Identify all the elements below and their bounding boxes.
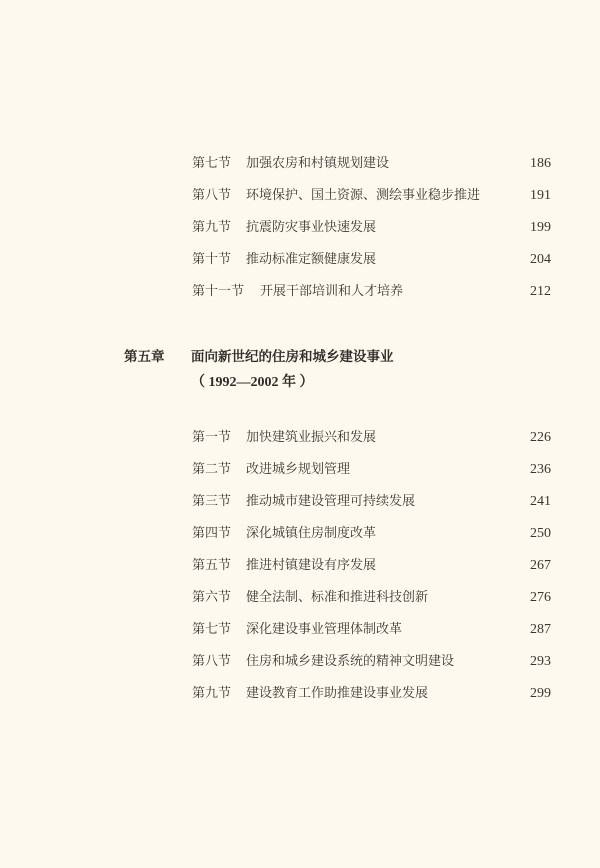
- section-label: 第六节: [192, 587, 231, 609]
- section-title: 加强农房和村镇规划建设: [246, 153, 389, 175]
- section-title: 建设教育工作助推建设事业发展: [246, 683, 428, 705]
- section-label: 第四节: [192, 523, 231, 545]
- chapter-years: （ 1992—2002 年 ）: [191, 372, 314, 394]
- page-number: 212: [530, 281, 551, 303]
- toc-entry[interactable]: 第十节 推动标准定额健康发展 204: [192, 249, 551, 271]
- section-title: 抗震防灾事业快速发展: [246, 217, 376, 239]
- page-number: 287: [530, 619, 551, 641]
- page-number: 186: [530, 153, 551, 175]
- section-label: 第七节: [192, 153, 231, 175]
- page-number: 199: [530, 217, 551, 239]
- section-label: 第九节: [192, 683, 231, 705]
- page-number: 250: [530, 523, 551, 545]
- toc-entry[interactable]: 第一节 加快建筑业振兴和发展 226: [192, 427, 551, 449]
- toc-entry[interactable]: 第九节 抗震防灾事业快速发展 199: [192, 217, 551, 239]
- chapter-label: 第五章: [124, 346, 165, 368]
- page-number: 276: [530, 587, 551, 609]
- toc-entry[interactable]: 第三节 推动城市建设管理可持续发展 241: [192, 491, 551, 513]
- chapter-title: 面向新世纪的住房和城乡建设事业: [191, 346, 394, 368]
- section-label: 第九节: [192, 217, 231, 239]
- toc-entry[interactable]: 第八节 环境保护、国土资源、测绘事业稳步推进 191: [192, 185, 551, 207]
- page-number: 267: [530, 555, 551, 577]
- section-label: 第二节: [192, 459, 231, 481]
- toc-entry[interactable]: 第四节 深化城镇住房制度改革 250: [192, 523, 551, 545]
- section-title: 住房和城乡建设系统的精神文明建设: [246, 651, 454, 673]
- section-title: 改进城乡规划管理: [246, 459, 350, 481]
- toc-entry[interactable]: 第七节 加强农房和村镇规划建设 186: [192, 153, 551, 175]
- page-number: 191: [530, 185, 551, 207]
- section-label: 第七节: [192, 619, 231, 641]
- section-label: 第一节: [192, 427, 231, 449]
- section-title: 推动标准定额健康发展: [246, 249, 376, 271]
- section-title: 环境保护、国土资源、测绘事业稳步推进: [246, 185, 480, 207]
- page-number: 299: [530, 683, 551, 705]
- page-number: 204: [530, 249, 551, 271]
- section-title: 健全法制、标准和推进科技创新: [246, 587, 428, 609]
- section-title: 深化城镇住房制度改革: [246, 523, 376, 545]
- section-label: 第八节: [192, 651, 231, 673]
- section-title: 推进村镇建设有序发展: [246, 555, 376, 577]
- section-title: 推动城市建设管理可持续发展: [246, 491, 415, 513]
- section-label: 第八节: [192, 185, 231, 207]
- page-number: 241: [530, 491, 551, 513]
- toc-entry[interactable]: 第七节 深化建设事业管理体制改革 287: [192, 619, 551, 641]
- section-title: 开展干部培训和人才培养: [260, 281, 403, 303]
- toc-entry[interactable]: 第十一节 开展干部培训和人才培养 212: [192, 281, 551, 303]
- toc-entry[interactable]: 第五节 推进村镇建设有序发展 267: [192, 555, 551, 577]
- page-number: 226: [530, 427, 551, 449]
- toc-entry[interactable]: 第六节 健全法制、标准和推进科技创新 276: [192, 587, 551, 609]
- section-label: 第三节: [192, 491, 231, 513]
- section-label: 第五节: [192, 555, 231, 577]
- page-number: 236: [530, 459, 551, 481]
- toc-entry[interactable]: 第二节 改进城乡规划管理 236: [192, 459, 551, 481]
- section-label: 第十一节: [192, 281, 244, 303]
- toc-entry[interactable]: 第九节 建设教育工作助推建设事业发展 299: [192, 683, 551, 705]
- section-title: 加快建筑业振兴和发展: [246, 427, 376, 449]
- page-number: 293: [530, 651, 551, 673]
- toc-entry[interactable]: 第八节 住房和城乡建设系统的精神文明建设 293: [192, 651, 551, 673]
- section-title: 深化建设事业管理体制改革: [246, 619, 402, 641]
- section-label: 第十节: [192, 249, 231, 271]
